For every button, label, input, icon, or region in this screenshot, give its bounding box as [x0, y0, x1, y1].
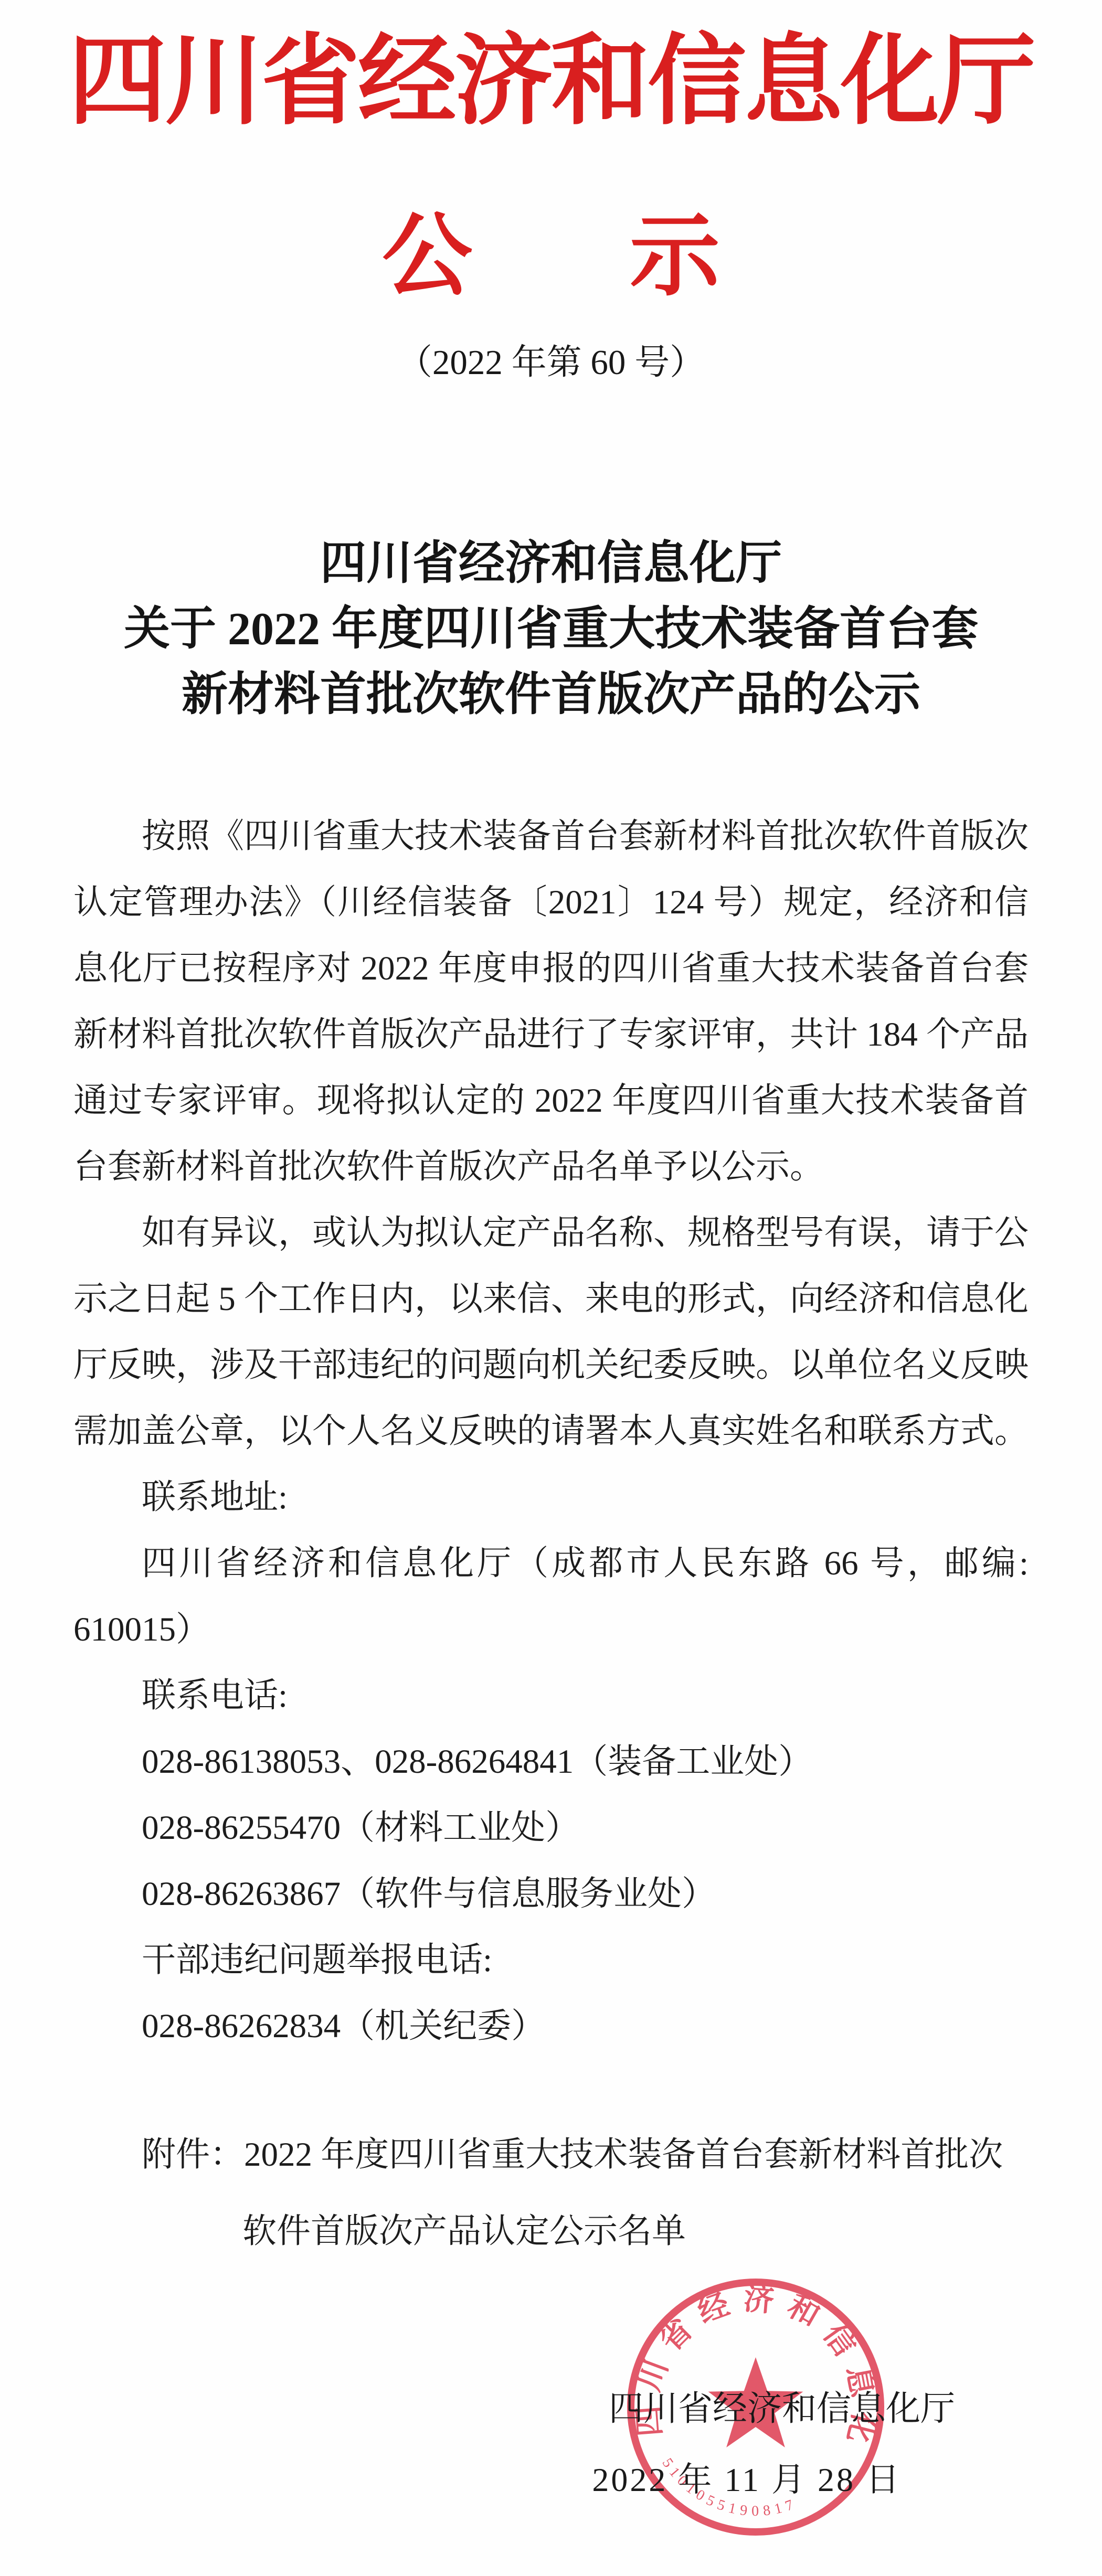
- document-title-line-2: 关于 2022 年度四川省重大技术装备首台套: [0, 597, 1102, 662]
- notice-type-char-1: 公: [382, 206, 472, 310]
- body-text: 按照《四川省重大技术装备首台套新材料首批次软件首版次 认定管理办法》（川经信装备…: [73, 803, 1029, 2059]
- body-line: 厅反映，涉及干部违纪的问题向机关纪委反映。以单位名义反映: [73, 1332, 1029, 1398]
- body-line: 如有异议，或认为拟认定产品名称、规格型号有误，请于公: [73, 1200, 1029, 1266]
- contact-phone-line: 028-86263867（软件与信息服务业处）: [73, 1861, 1029, 1927]
- attachment-line-1: 附件：2022 年度四川省重大技术装备首台套新材料首批次: [73, 2116, 1029, 2193]
- body-line: 需加盖公章，以个人名义反映的请署本人真实姓名和联系方式。: [73, 1398, 1029, 1464]
- body-line: 通过专家评审。现将拟认定的 2022 年度四川省重大技术装备首: [73, 1068, 1029, 1134]
- contact-section: 联系地址: 四川省经济和信息化厅（成都市人民东路 66 号，邮编: 610015…: [73, 1464, 1029, 2059]
- attachment-note: 附件：2022 年度四川省重大技术装备首台套新材料首批次 软件首版次产品认定公示…: [73, 2116, 1029, 2270]
- contact-phone-line: 028-86255470（材料工业处）: [73, 1795, 1029, 1861]
- document-title-line-1: 四川省经济和信息化厅: [0, 531, 1102, 597]
- paragraph-2: 如有异议，或认为拟认定产品名称、规格型号有误，请于公 示之日起 5 个工作日内，…: [73, 1200, 1029, 1464]
- body-line: 按照《四川省重大技术装备首台套新材料首批次软件首版次: [73, 803, 1029, 869]
- body-line: 示之日起 5 个工作日内，以来信、来电的形式，向经济和信息化: [73, 1266, 1029, 1332]
- official-notice-document: 四川省经济和信息化厅 公 示 （2022 年第 60 号） 四川省经济和信息化厅…: [0, 0, 1102, 2576]
- contact-phone-line: 028-86138053、028-86264841（装备工业处）: [73, 1729, 1029, 1795]
- body-line: 台套新材料首批次软件首版次产品名单予以公示。: [73, 1134, 1029, 1200]
- contact-address-line: 610015）: [73, 1596, 1029, 1663]
- report-phone-line: 028-86262834（机关纪委）: [73, 1993, 1029, 2059]
- body-line: 认定管理办法》（川经信装备〔2021〕124 号）规定，经济和信: [73, 869, 1029, 935]
- body-line: 息化厅已按程序对 2022 年度申报的四川省重大技术装备首台套: [73, 935, 1029, 1002]
- notice-type-char-2: 示: [630, 206, 720, 310]
- signature-agency: 四川省经济和信息化厅: [609, 2390, 955, 2429]
- contact-address-label: 联系地址:: [73, 1464, 1029, 1530]
- signature-date: 2022 年 11 月 28 日: [592, 2462, 902, 2498]
- notice-type-title: 公 示: [0, 206, 1102, 310]
- issue-number: （2022 年第 60 号）: [0, 340, 1102, 386]
- agency-letterhead-title: 四川省经济和信息化厅: [0, 25, 1102, 139]
- report-phone-label: 干部违纪问题举报电话:: [73, 1927, 1029, 1993]
- document-title: 四川省经济和信息化厅 关于 2022 年度四川省重大技术装备首台套 新材料首批次…: [0, 531, 1102, 728]
- contact-phone-label: 联系电话:: [73, 1663, 1029, 1729]
- document-title-line-3: 新材料首批次软件首版次产品的公示: [0, 662, 1102, 728]
- paragraph-1: 按照《四川省重大技术装备首台套新材料首批次软件首版次 认定管理办法》（川经信装备…: [73, 803, 1029, 1200]
- attachment-line-2: 软件首版次产品认定公示名单: [73, 2193, 1029, 2270]
- contact-address-line: 四川省经济和信息化厅（成都市人民东路 66 号，邮编:: [73, 1530, 1029, 1596]
- body-line: 新材料首批次软件首版次产品进行了专家评审，共计 184 个产品: [73, 1002, 1029, 1068]
